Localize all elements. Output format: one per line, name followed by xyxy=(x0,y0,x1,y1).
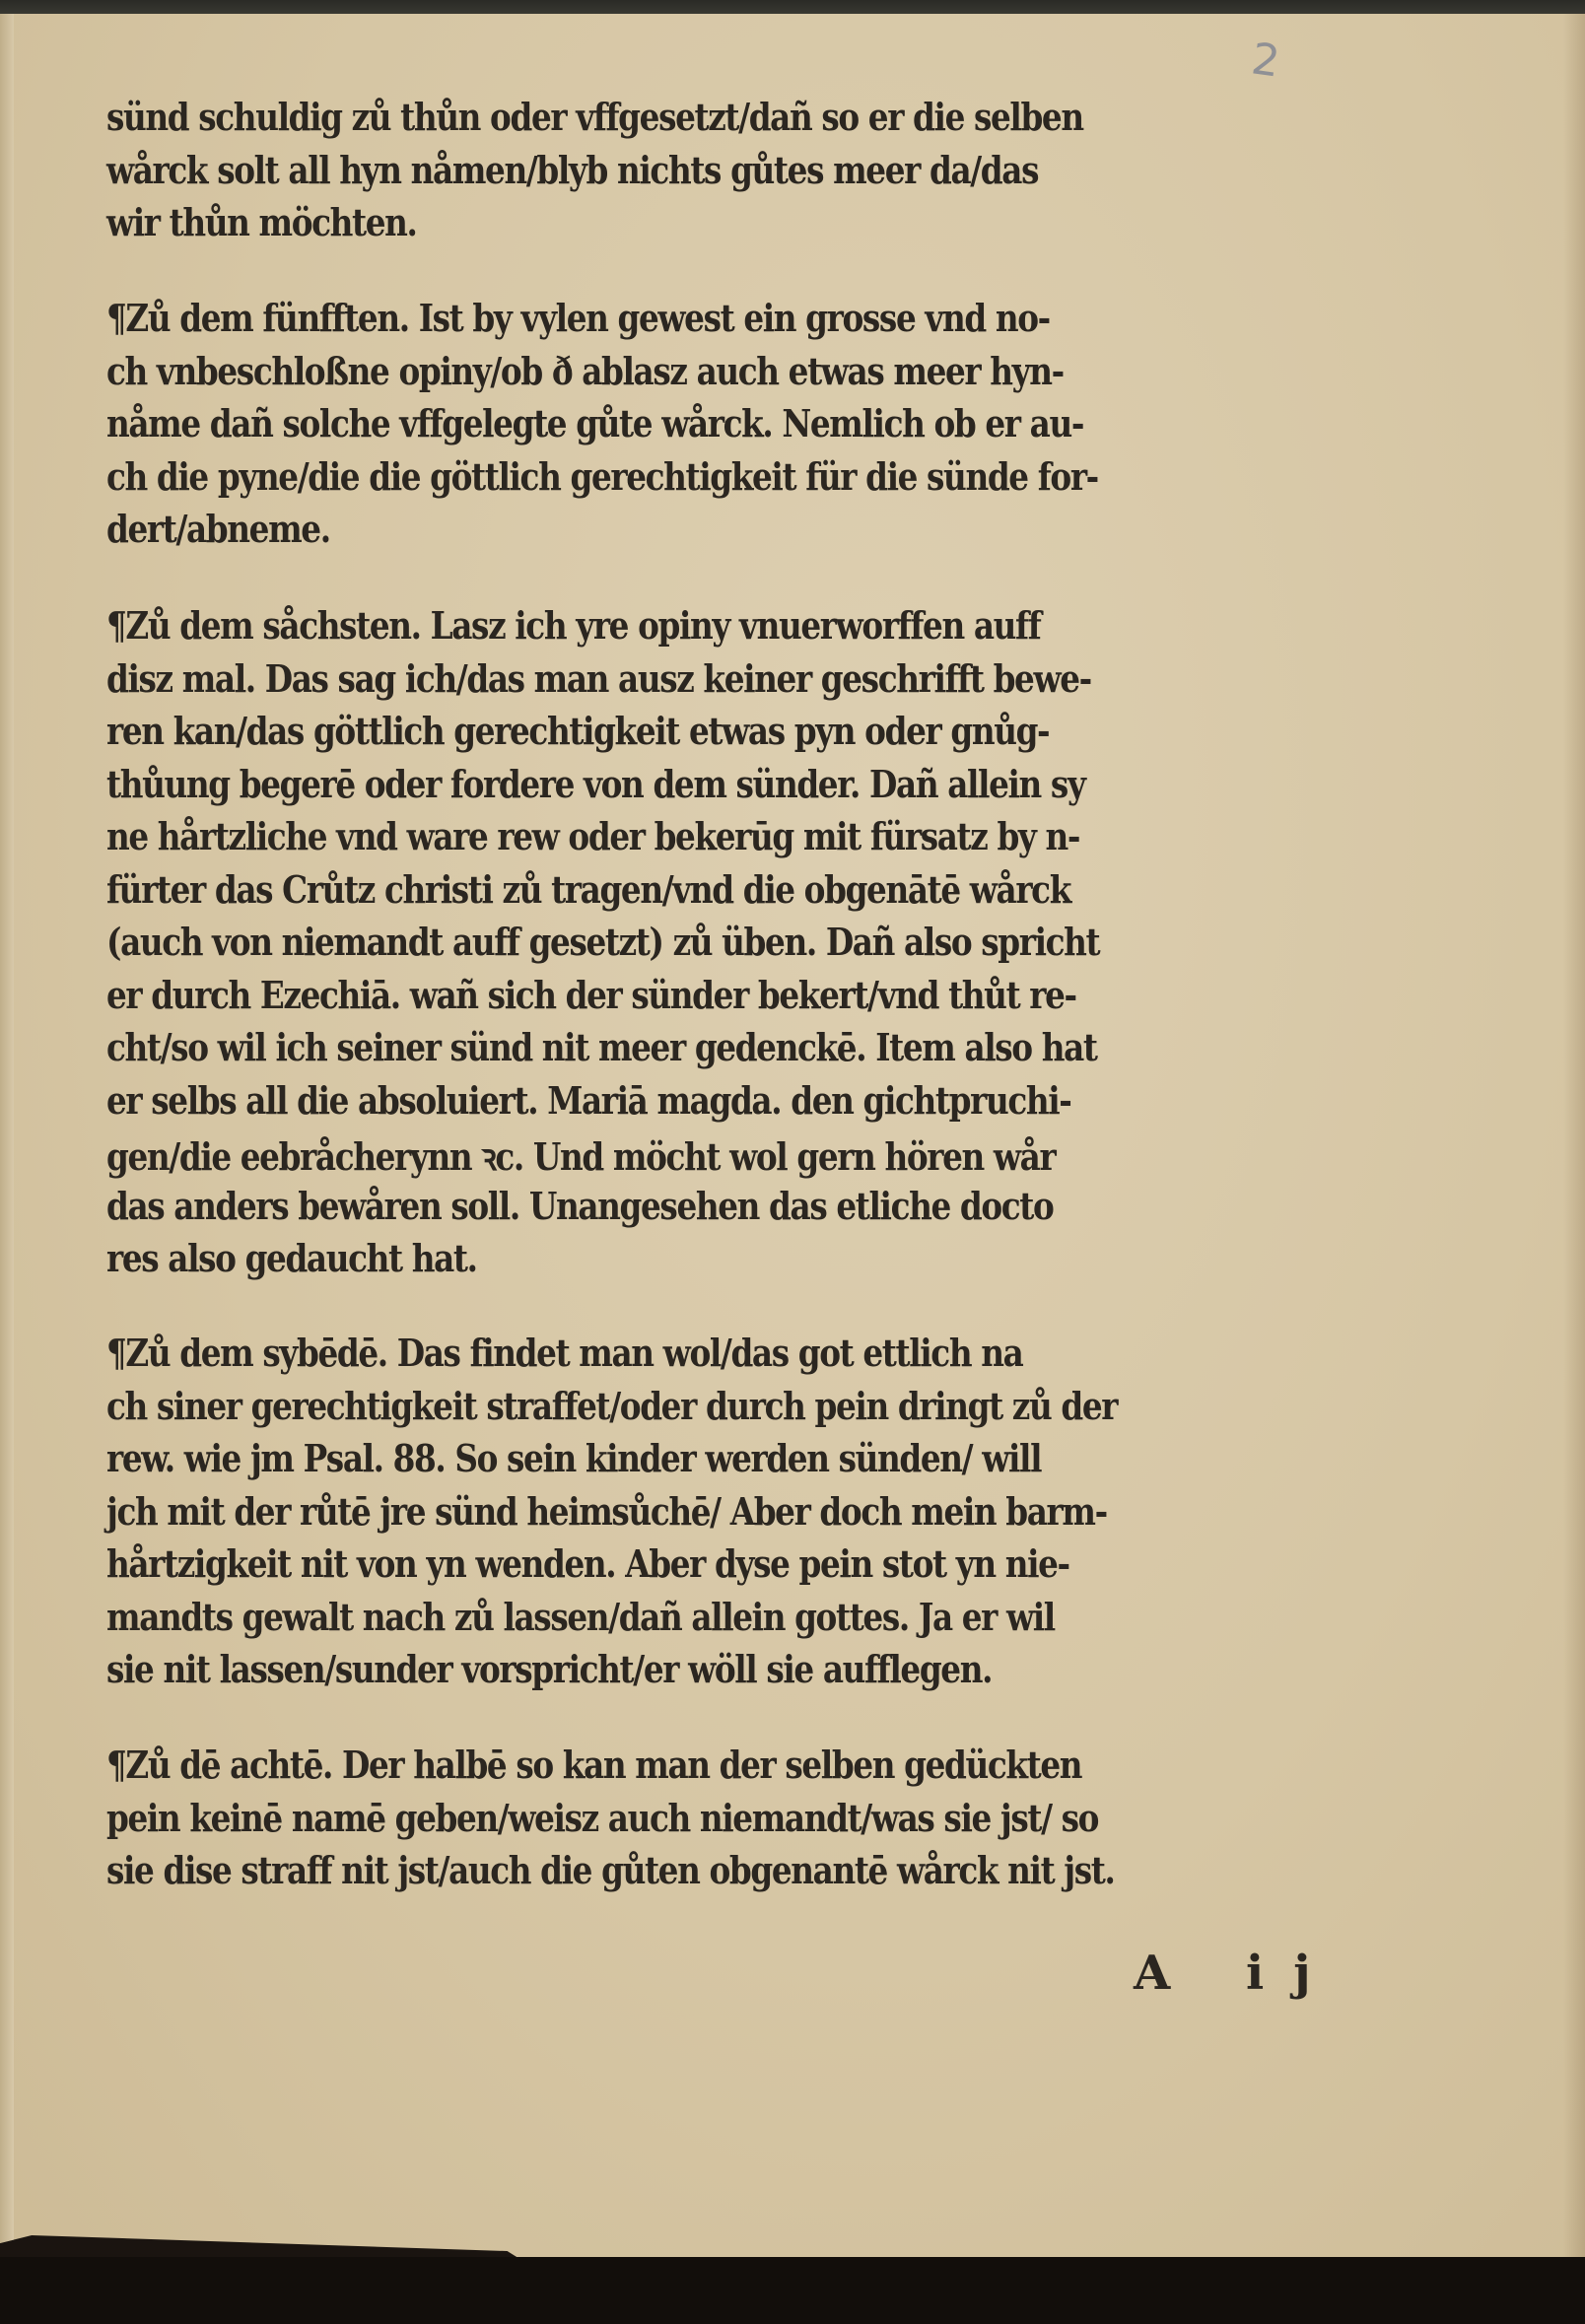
text-line: gen/die eebråcherynn ꝛc. Und möcht wol g… xyxy=(106,1130,1055,1182)
text-line: ¶Zů dem såchsten. Lasz ich yre opiny vnu… xyxy=(106,603,1040,648)
text-line: cht/so wil ich seiner sünd nit meer gede… xyxy=(106,1025,1097,1069)
text-line: ¶Zů dem sybēdē. Das findet man wol/das g… xyxy=(106,1331,1022,1375)
text-line: disz mal. Das sag ich/das man ausz keine… xyxy=(106,656,1091,701)
top-binding-edge xyxy=(0,0,1585,16)
text-line: er durch Ezechiā. wañ sich der sünder be… xyxy=(106,973,1076,1017)
text-line: thůung begerē oder fordere von dem sünde… xyxy=(106,762,1085,806)
text-line: sünd schuldig zů thůn oder vffgesetzt/da… xyxy=(106,95,1083,139)
bottom-background xyxy=(0,2257,1585,2324)
text-line: ne hårtzliche vnd ware rew oder bekerūg … xyxy=(106,814,1079,858)
text-line: ¶Zů dem fünfften. Ist by vylen gewest ei… xyxy=(106,296,1050,340)
text-line: nåme dañ solche vffgelegte gůte wårck. N… xyxy=(106,401,1083,445)
text-line: dert/abneme. xyxy=(106,507,330,551)
text-line: wårck solt all hyn nåmen/blyb nichts gůt… xyxy=(106,148,1038,192)
text-line: rew. wie jm Psal. 88. So sein kinder wer… xyxy=(106,1436,1041,1480)
text-line: hårtzigkeit nit von yn wenden. Aber dyse… xyxy=(106,1541,1069,1586)
text-line: fürter das Crůtz christi zů tragen/vnd d… xyxy=(106,867,1070,912)
text-line: ch die pyne/die die göttlich gerechtigke… xyxy=(106,454,1098,499)
text-line: (auch von niemandt auff gesetzt) zů üben… xyxy=(106,920,1099,964)
text-line: res also gedaucht hat. xyxy=(106,1236,477,1280)
text-line: sie nit lassen/sunder vorspricht/er wöll… xyxy=(106,1647,992,1691)
page-fore-edge xyxy=(1563,14,1585,2271)
pencil-folio-number: 2 xyxy=(1249,34,1283,87)
page-gutter xyxy=(0,14,14,2271)
signature-mark: A ij xyxy=(1134,1946,1341,2001)
book-page: 2 sünd schuldig zů thůn oder vffgesetzt/… xyxy=(0,14,1585,2271)
text-line: das anders bewåren soll. Unangesehen das… xyxy=(106,1184,1053,1228)
text-line: er selbs all die absoluiert. Mariā magda… xyxy=(106,1078,1070,1123)
text-line: ch vnbeschloßne opiny/ob ð ablasz auch e… xyxy=(106,349,1064,393)
text-line: jch mit der růtē jre sünd heimsůchē/ Abe… xyxy=(106,1489,1107,1534)
text-line: mandts gewalt nach zů lassen/dañ allein … xyxy=(106,1595,1055,1639)
text-line: ch siner gerechtigkeit straffet/oder dur… xyxy=(106,1384,1117,1428)
text-line: pein keinē namē geben/weisz auch niemand… xyxy=(106,1796,1098,1840)
text-line: sie dise straff nit jst/auch die gůten o… xyxy=(106,1848,1114,1892)
text-line: wir thůn möchten. xyxy=(106,200,417,244)
text-line: ren kan/das göttlich gerechtigkeit etwas… xyxy=(106,709,1049,753)
text-line: ¶Zů dē achtē. Der halbē so kan man der s… xyxy=(106,1743,1081,1787)
